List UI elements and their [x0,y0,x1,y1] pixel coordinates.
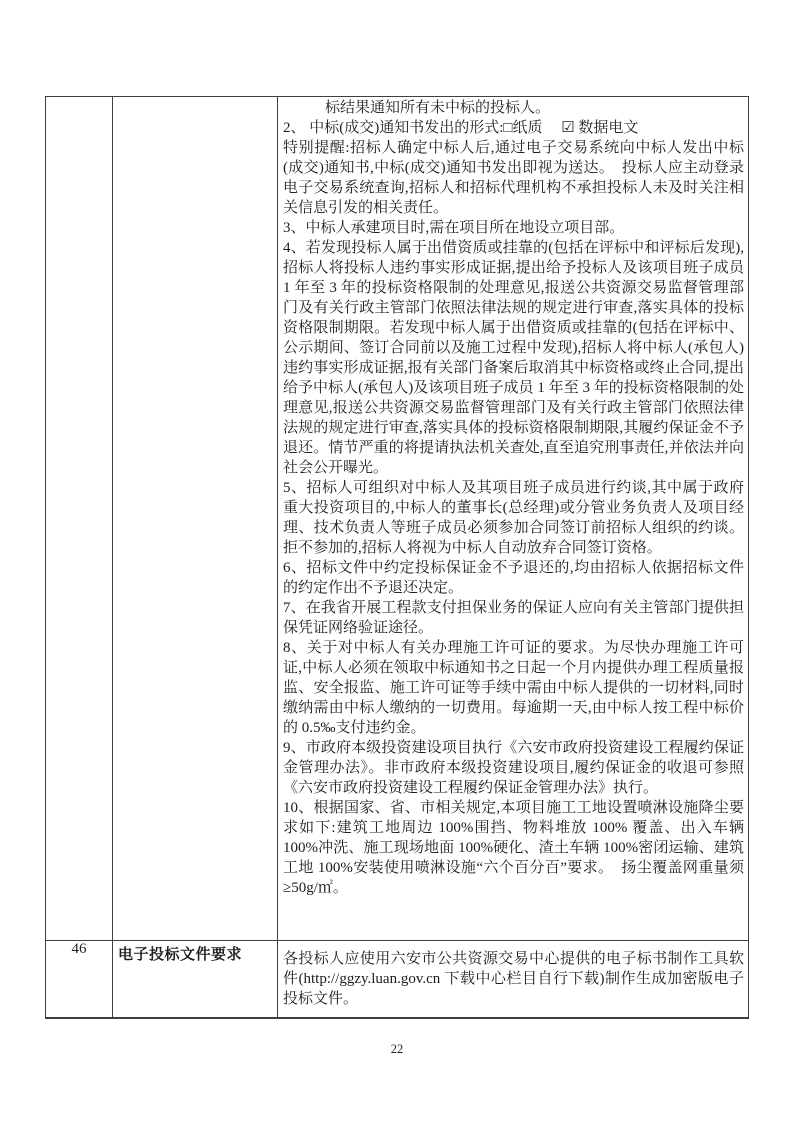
notice-paragraph-5: 5、招标人可组织对中标人及其项目班子成员进行约谈,其中属于政府重大投资项目的,中… [283,478,744,558]
row-number-cell: 46 [46,941,113,1018]
row-label-cell: 电子投标文件要求 [113,941,278,1018]
notice-paragraph-8: 8、关于对中标人有关办理施工许可证的要求。为尽快办理施工许可证,中标人必须在领取… [283,638,744,738]
notice-paragraph-10: 10、根据国家、省、市相关规定,本项目施工工地设置喷淋设施降尘要求如下:建筑工地… [283,798,744,898]
notice-paragraph-7: 7、在我省开展工程款支付担保业务的保证人应向有关主管部门提供担保凭证网络验证途径… [283,598,744,638]
notice-paragraph-continuation: 标结果通知所有未中标的投标人。 [283,98,744,118]
table-row-46: 46 电子投标文件要求 各投标人应使用六安市公共资源交易中心提供的电子标书制作工… [46,941,749,1018]
row-content-cell: 各投标人应使用六安市公共资源交易中心提供的电子标书制作工具软件(http://g… [278,941,749,1018]
notice-paragraph-3: 3、中标人承建项目时,需在项目所在地设立项目部。 [283,218,744,238]
document-page: 标结果通知所有未中标的投标人。 2、 中标(成交)通知书发出的形式:□纸质 ☑ … [0,0,794,1122]
table-row-continuation: 标结果通知所有未中标的投标人。 2、 中标(成交)通知书发出的形式:□纸质 ☑ … [46,97,749,941]
row-content-cell: 标结果通知所有未中标的投标人。 2、 中标(成交)通知书发出的形式:□纸质 ☑ … [278,97,749,941]
row-label-cell [113,97,278,941]
notice-paragraph-special-reminder: 特别提醒:招标人确定中标人后,通过电子交易系统向中标人发出中标(成交)通知书,中… [283,138,744,218]
page-number: 22 [0,1042,794,1057]
notice-paragraph-4: 4、若发现投标人属于出借资质或挂靠的(包括在评标中和评标后发现),招标人将投标人… [283,238,744,478]
row-number-cell [46,97,113,941]
notice-paragraph-6: 6、招标文件中约定投标保证金不予退还的,均由招标人依据招标文件的约定作出不予退还… [283,558,744,598]
tender-notice-table: 标结果通知所有未中标的投标人。 2、 中标(成交)通知书发出的形式:□纸质 ☑ … [45,96,749,1019]
notice-paragraph-9: 9、市政府本级投资建设项目执行《六安市政府投资建设工程履约保证金管理办法》。非市… [283,738,744,798]
electronic-bid-requirement-paragraph: 各投标人应使用六安市公共资源交易中心提供的电子标书制作工具软件(http://g… [283,949,744,1009]
notice-paragraph-2-checkbox-line: 2、 中标(成交)通知书发出的形式:□纸质 ☑ 数据电文 [283,118,744,138]
